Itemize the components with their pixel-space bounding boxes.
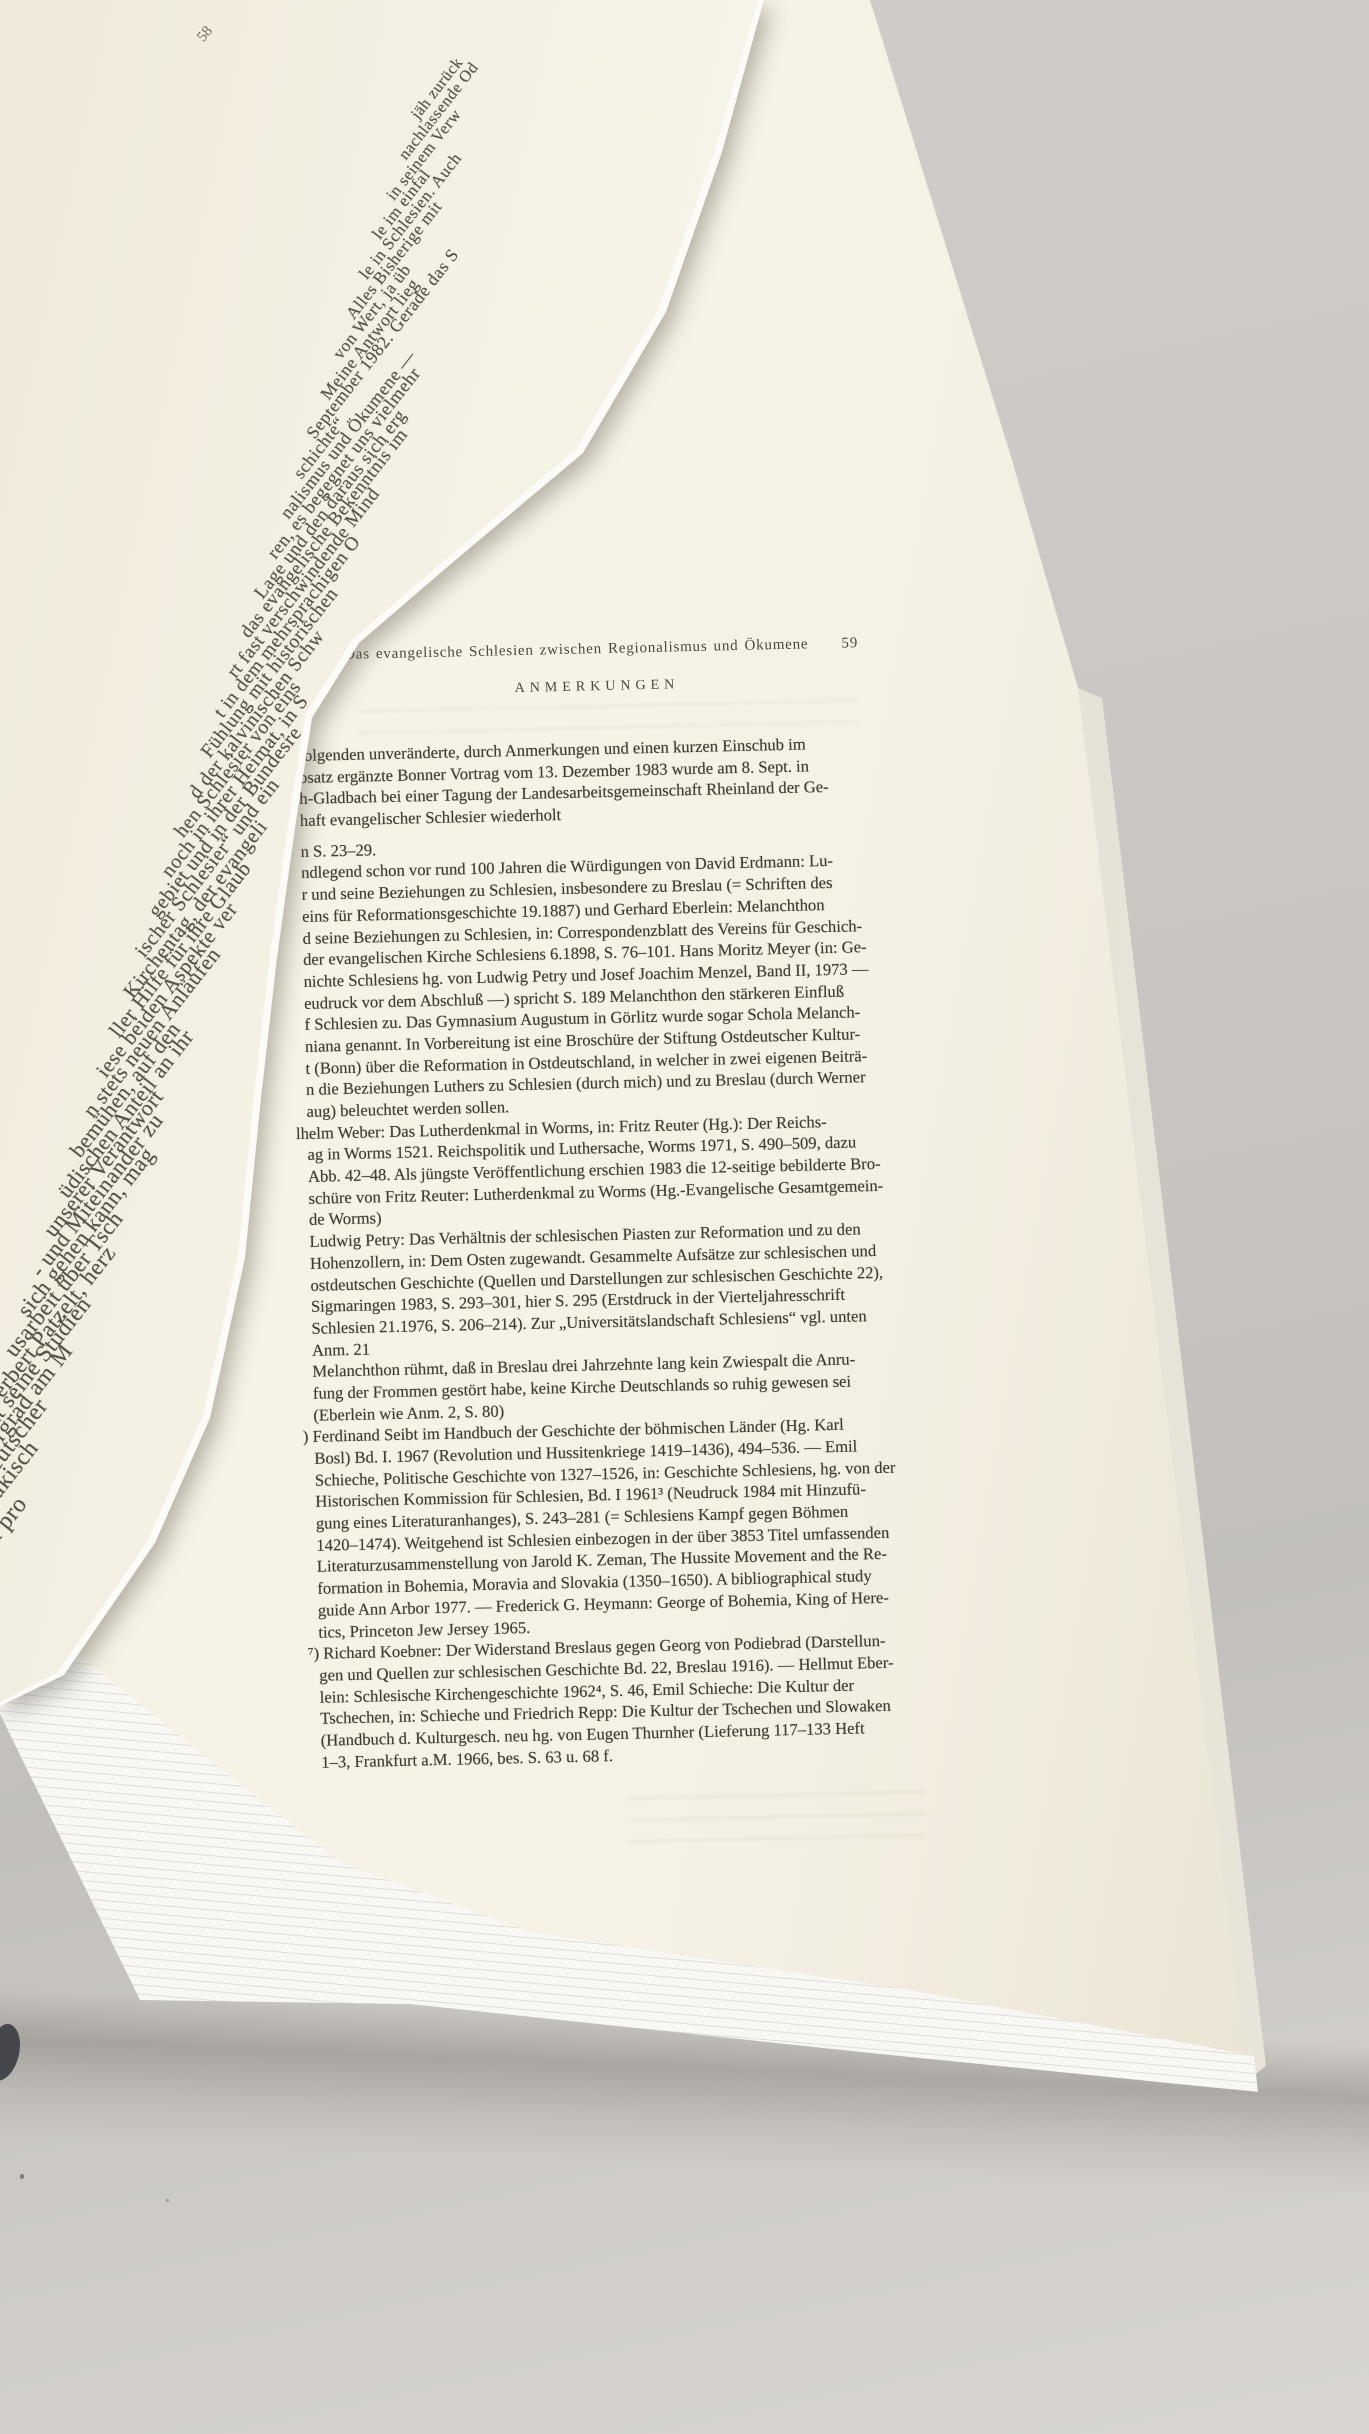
book-photo: Das evangelische Schlesien zwischen Regi… (0, 0, 1369, 2434)
turning-page-text-line: er Land pro (0, 1491, 33, 1602)
dust-speck (166, 2199, 169, 2202)
turning-page: 58 jäh zurücknachlassende Odin seinem Ve… (0, 0, 1369, 2434)
turning-page-surface: 58 jäh zurücknachlassende Odin seinem Ve… (0, 0, 1369, 2434)
left-page-number: 58 (194, 23, 217, 45)
dust-speck (20, 2174, 24, 2179)
